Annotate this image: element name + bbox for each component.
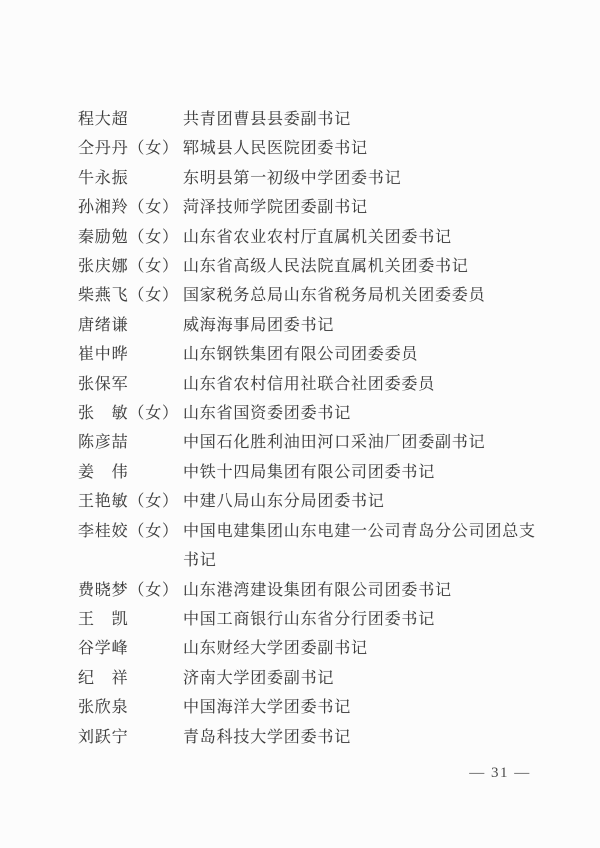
roster-row: 王 凯 中国工商银行山东省分行团委书记 xyxy=(78,605,541,634)
person-name: 张保军 xyxy=(78,370,183,399)
person-position: 山东省高级人民法院直属机关团委书记 xyxy=(183,252,541,281)
person-position: 共青团曹县县委副书记 xyxy=(183,105,541,134)
person-position-line: 中国石化胜利油田河口采油厂团委副书记 xyxy=(183,428,541,457)
roster-row: 王艳敏（女） 中建八局山东分局团委书记 xyxy=(78,487,541,516)
person-name: 崔中晔 xyxy=(78,340,183,369)
person-name: 李桂姣（女） xyxy=(78,517,183,546)
person-position-line: 山东省农业农村厅直属机关团委书记 xyxy=(183,223,541,252)
person-position-line: 山东财经大学团委副书记 xyxy=(183,634,541,663)
person-position: 山东省农业农村厅直属机关团委书记 xyxy=(183,223,541,252)
person-position: 中国海洋大学团委书记 xyxy=(183,693,541,722)
person-name: 谷学峰 xyxy=(78,634,183,663)
person-position: 中国工商银行山东省分行团委书记 xyxy=(183,605,541,634)
person-position: 中建八局山东分局团委书记 xyxy=(183,487,541,516)
person-position: 郓城县人民医院团委书记 xyxy=(183,134,541,163)
roster-row: 纪 祥 济南大学团委副书记 xyxy=(78,664,541,693)
person-name: 秦励勉（女） xyxy=(78,223,183,252)
person-position: 山东省农村信用社联合社团委委员 xyxy=(183,370,541,399)
person-position-line: 东明县第一初级中学团委书记 xyxy=(183,164,541,193)
person-position-line: 威海海事局团委书记 xyxy=(183,311,541,340)
person-position-line: 共青团曹县县委副书记 xyxy=(183,105,541,134)
roster-row: 刘跃宁 青岛科技大学团委书记 xyxy=(78,723,541,752)
person-name: 刘跃宁 xyxy=(78,723,183,752)
person-name: 张 敏（女） xyxy=(78,399,183,428)
person-position-line: 中建八局山东分局团委书记 xyxy=(183,487,541,516)
person-position: 山东财经大学团委副书记 xyxy=(183,634,541,663)
person-position: 山东省国资委团委书记 xyxy=(183,399,541,428)
person-name: 王 凯 xyxy=(78,605,183,634)
roster-row: 张欣泉 中国海洋大学团委书记 xyxy=(78,693,541,722)
page-number: — 31 — xyxy=(452,762,548,784)
person-position: 中国石化胜利油田河口采油厂团委副书记 xyxy=(183,428,541,457)
person-position-line: 中国电建集团山东电建一公司青岛分公司团总支 xyxy=(183,517,541,546)
person-position-line: 山东省农村信用社联合社团委委员 xyxy=(183,370,541,399)
roster-row: 秦励勉（女） 山东省农业农村厅直属机关团委书记 xyxy=(78,223,541,252)
roster-row: 孙湘羚（女） 菏泽技师学院团委副书记 xyxy=(78,193,541,222)
person-position-line: 国家税务总局山东省税务局机关团委委员 xyxy=(183,281,541,310)
person-position-line: 书记 xyxy=(183,546,541,575)
roster-row: 仝丹丹（女） 郓城县人民医院团委书记 xyxy=(78,134,541,163)
person-position: 威海海事局团委书记 xyxy=(183,311,541,340)
person-position-line: 山东港湾建设集团有限公司团委书记 xyxy=(183,576,541,605)
person-position: 中铁十四局集团有限公司团委书记 xyxy=(183,458,541,487)
roster-row: 张 敏（女） 山东省国资委团委书记 xyxy=(78,399,541,428)
person-name: 程大超 xyxy=(78,105,183,134)
person-position: 东明县第一初级中学团委书记 xyxy=(183,164,541,193)
person-position-line: 山东省高级人民法院直属机关团委书记 xyxy=(183,252,541,281)
person-position-line: 中国海洋大学团委书记 xyxy=(183,693,541,722)
roster-list: 程大超 共青团曹县县委副书记 仝丹丹（女） 郓城县人民医院团委书记 牛永振 东明… xyxy=(78,105,541,752)
person-name: 仝丹丹（女） xyxy=(78,134,183,163)
person-position-line: 青岛科技大学团委书记 xyxy=(183,723,541,752)
person-position-line: 菏泽技师学院团委副书记 xyxy=(183,193,541,222)
person-position: 中国电建集团山东电建一公司青岛分公司团总支书记 xyxy=(183,517,541,576)
person-name: 张庆娜（女） xyxy=(78,252,183,281)
roster-row: 陈彦喆 中国石化胜利油田河口采油厂团委副书记 xyxy=(78,428,541,457)
person-name: 张欣泉 xyxy=(78,693,183,722)
person-position: 山东港湾建设集团有限公司团委书记 xyxy=(183,576,541,605)
roster-row: 唐绪谦 威海海事局团委书记 xyxy=(78,311,541,340)
person-name: 陈彦喆 xyxy=(78,428,183,457)
person-name: 纪 祥 xyxy=(78,664,183,693)
roster-row: 谷学峰 山东财经大学团委副书记 xyxy=(78,634,541,663)
person-position: 青岛科技大学团委书记 xyxy=(183,723,541,752)
roster-row: 张庆娜（女） 山东省高级人民法院直属机关团委书记 xyxy=(78,252,541,281)
roster-row: 费晓梦（女） 山东港湾建设集团有限公司团委书记 xyxy=(78,576,541,605)
person-position-line: 山东钢铁集团有限公司团委委员 xyxy=(183,340,541,369)
person-name: 姜 伟 xyxy=(78,458,183,487)
person-position: 山东钢铁集团有限公司团委委员 xyxy=(183,340,541,369)
person-name: 费晓梦（女） xyxy=(78,576,183,605)
person-position-line: 中国工商银行山东省分行团委书记 xyxy=(183,605,541,634)
person-name: 唐绪谦 xyxy=(78,311,183,340)
person-position: 济南大学团委副书记 xyxy=(183,664,541,693)
person-name: 柴燕飞（女） xyxy=(78,281,183,310)
person-name: 孙湘羚（女） xyxy=(78,193,183,222)
person-position-line: 济南大学团委副书记 xyxy=(183,664,541,693)
roster-row: 柴燕飞（女） 国家税务总局山东省税务局机关团委委员 xyxy=(78,281,541,310)
roster-row: 程大超 共青团曹县县委副书记 xyxy=(78,105,541,134)
person-position: 国家税务总局山东省税务局机关团委委员 xyxy=(183,281,541,310)
person-position: 菏泽技师学院团委副书记 xyxy=(183,193,541,222)
roster-row: 李桂姣（女） 中国电建集团山东电建一公司青岛分公司团总支书记 xyxy=(78,517,541,576)
person-name: 牛永振 xyxy=(78,164,183,193)
person-position-line: 郓城县人民医院团委书记 xyxy=(183,134,541,163)
roster-row: 张保军 山东省农村信用社联合社团委委员 xyxy=(78,370,541,399)
roster-row: 牛永振 东明县第一初级中学团委书记 xyxy=(78,164,541,193)
person-name: 王艳敏（女） xyxy=(78,487,183,516)
roster-row: 崔中晔 山东钢铁集团有限公司团委委员 xyxy=(78,340,541,369)
roster-row: 姜 伟 中铁十四局集团有限公司团委书记 xyxy=(78,458,541,487)
document-page: 程大超 共青团曹县县委副书记 仝丹丹（女） 郓城县人民医院团委书记 牛永振 东明… xyxy=(0,0,600,848)
person-position-line: 山东省国资委团委书记 xyxy=(183,399,541,428)
person-position-line: 中铁十四局集团有限公司团委书记 xyxy=(183,458,541,487)
